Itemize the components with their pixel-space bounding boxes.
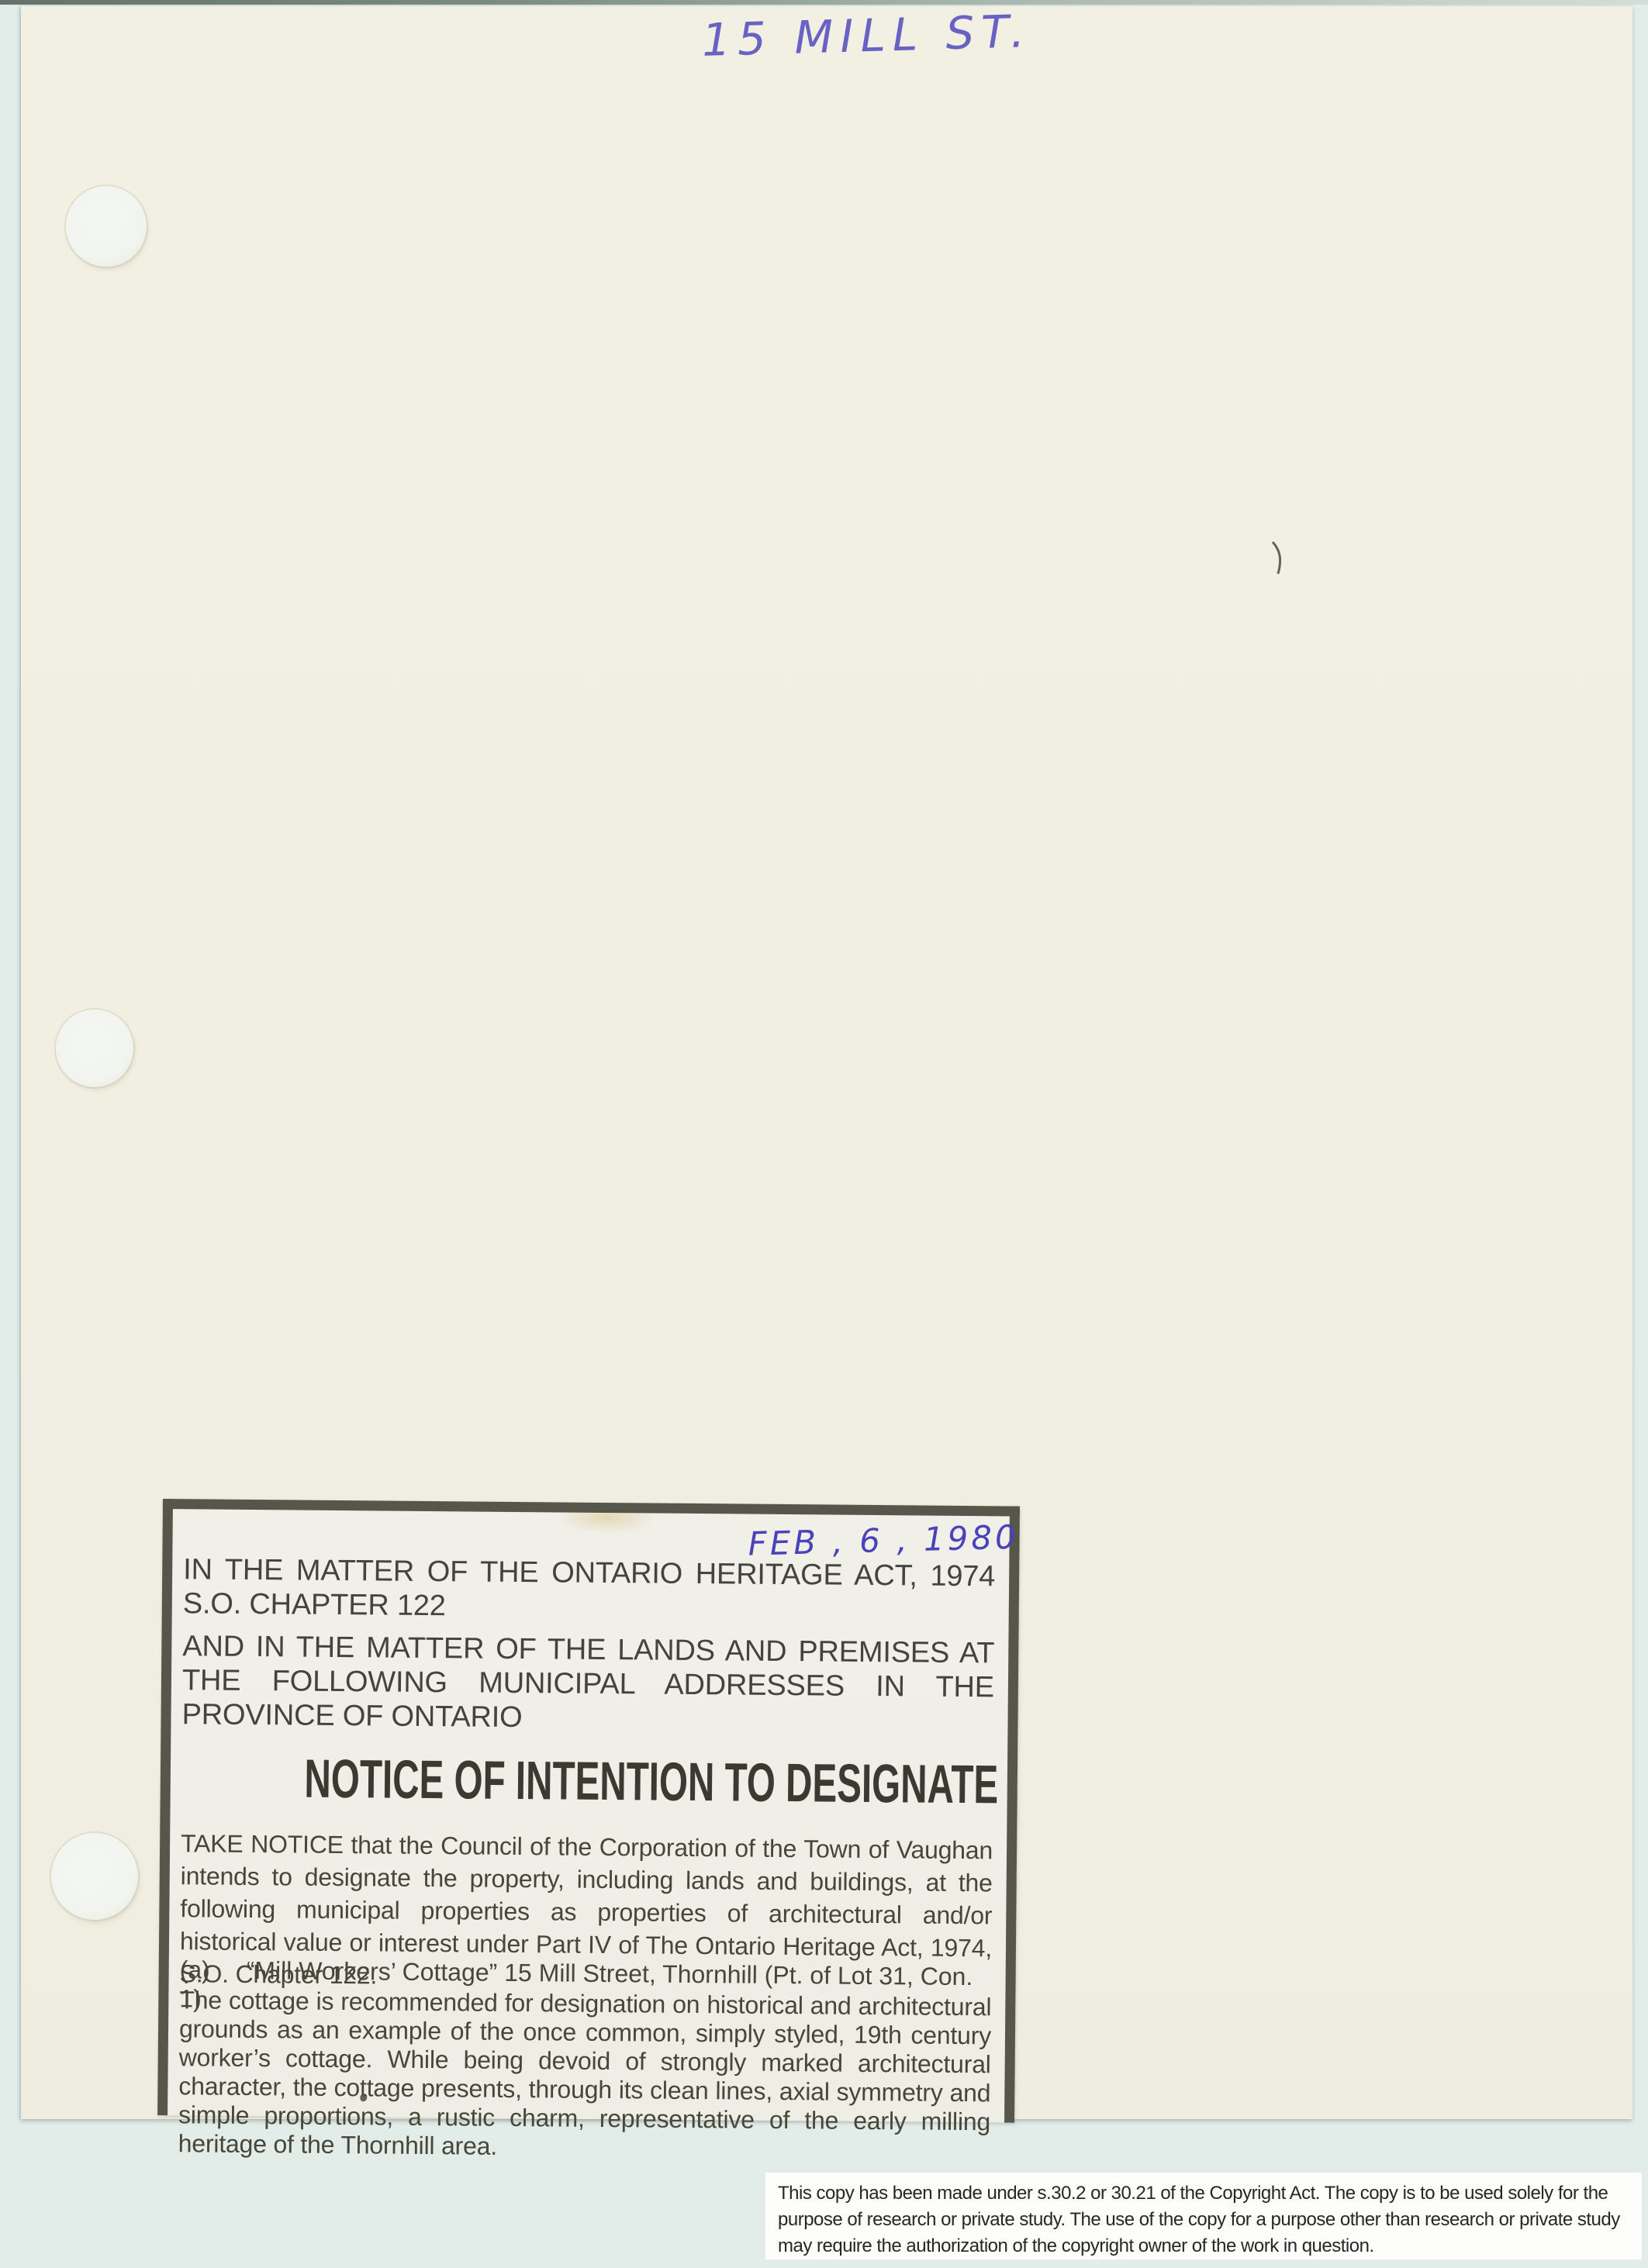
clipping-item-label: (a) <box>180 1956 247 1985</box>
punch-hole-bottom <box>51 1833 138 1920</box>
handwritten-date-stamp: FEB , 6 , 1980 <box>748 1518 1019 1563</box>
clipping-case-title-1: IN THE MATTER OF THE ONTARIO HERITAGE AC… <box>183 1552 996 1628</box>
copyright-stamp: This copy has been made under s.30.2 or … <box>765 2173 1642 2259</box>
stray-pen-mark <box>1269 540 1290 581</box>
newspaper-clipping: FEB , 6 , 1980 IN THE MATTER OF THE ONTA… <box>157 1499 1020 2123</box>
punch-hole-top <box>66 186 147 267</box>
handwritten-address: 15 MILL ST. <box>701 5 1032 67</box>
copyright-stamp-text: This copy has been made under s.30.2 or … <box>778 2180 1629 2259</box>
scanner-edge-strip <box>0 0 1648 5</box>
clipping-case-title-2: AND IN THE MATTER OF THE LANDS AND PREMI… <box>181 1629 994 1738</box>
clipping-item-description: The cottage is recommended for designati… <box>178 1986 992 2165</box>
punch-hole-middle <box>56 1010 133 1087</box>
scanned-document-page: 15 MILL ST. FEB , 6 , 1980 IN THE MATTER… <box>0 0 1648 2268</box>
clipping-headline: NOTICE OF INTENTION TO DESIGNATE <box>304 1748 873 1814</box>
